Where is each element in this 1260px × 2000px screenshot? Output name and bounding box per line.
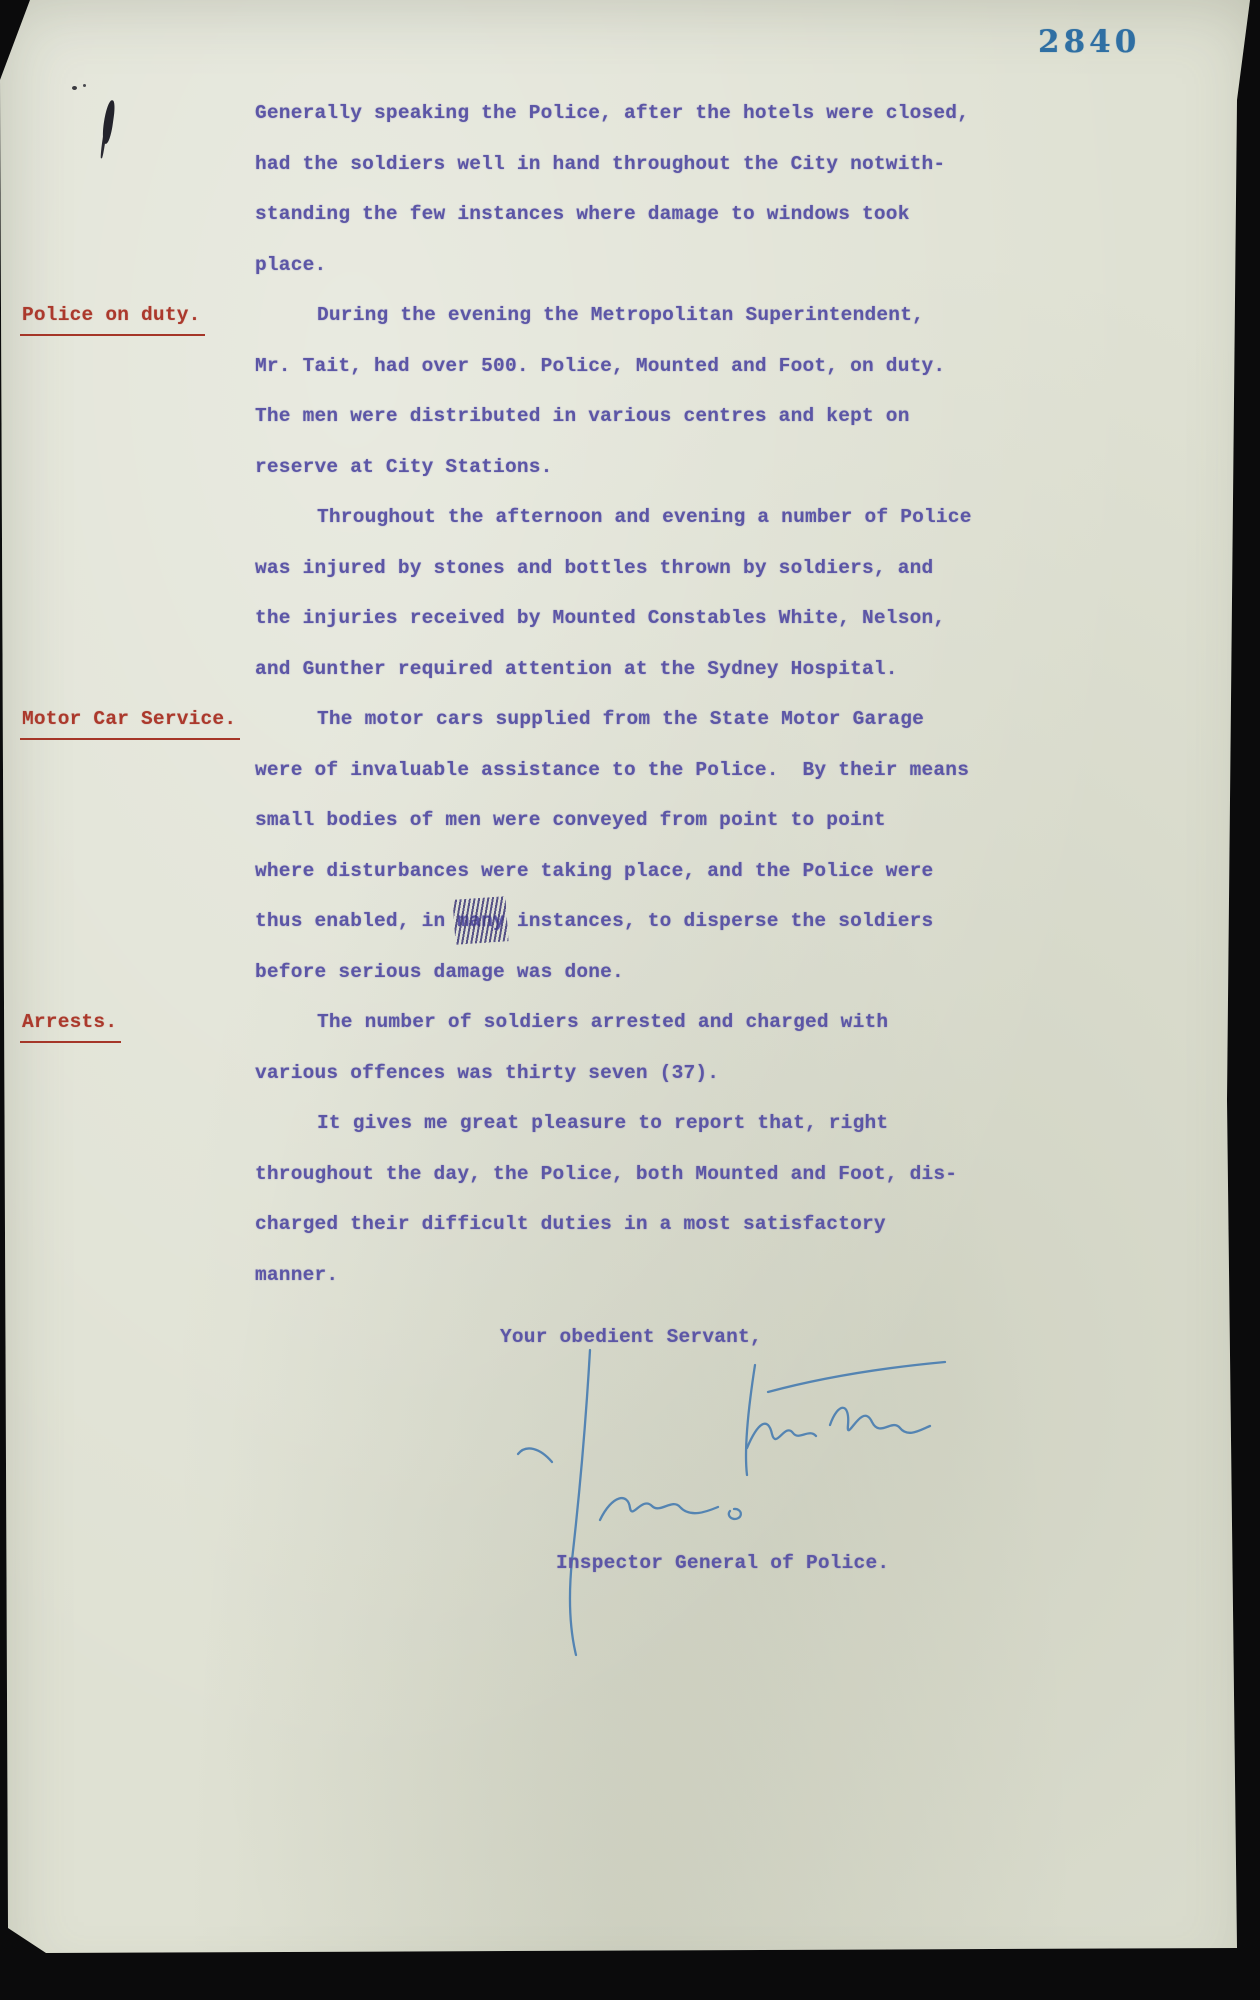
page-number-stamp: 2840 <box>1038 24 1140 60</box>
margin-heading-label: Arrests. <box>22 997 117 1048</box>
typed-line: throughout the day, the Police, both Mou… <box>255 1149 995 1200</box>
typed-line: the injuries received by Mounted Constab… <box>255 593 995 644</box>
margin-heading-arrests: Arrests. <box>22 997 117 1048</box>
typed-line: reserve at City Stations. <box>255 442 995 493</box>
scanned-document-page: 2840 Police on duty. Motor Car Service. … <box>0 0 1260 2000</box>
typed-line: was injured by stones and bottles thrown… <box>255 543 995 594</box>
typed-line: and Gunther required attention at the Sy… <box>255 644 995 695</box>
typed-line: thus enabled, in many instances, to disp… <box>255 896 995 947</box>
typed-line: Throughout the afternoon and evening a n… <box>255 492 995 543</box>
signature-james-mitchell <box>400 1330 980 1660</box>
typed-line: The men were distributed in various cent… <box>255 391 995 442</box>
signer-title: Inspector General of Police. <box>556 1538 889 1588</box>
typed-line: place. <box>255 240 995 291</box>
typed-line: The motor cars supplied from the State M… <box>255 694 995 745</box>
typed-line: were of invaluable assistance to the Pol… <box>255 745 995 796</box>
typed-line: Mr. Tait, had over 500. Police, Mounted … <box>255 341 995 392</box>
typed-line: various offences was thirty seven (37). <box>255 1048 995 1099</box>
typed-line: During the evening the Metropolitan Supe… <box>255 290 995 341</box>
typed-line: Generally speaking the Police, after the… <box>255 88 995 139</box>
typed-line: had the soldiers well in hand throughout… <box>255 139 995 190</box>
typed-line: manner. <box>255 1250 995 1301</box>
typed-line: It gives me great pleasure to report tha… <box>255 1098 995 1149</box>
typed-line: charged their difficult duties in a most… <box>255 1199 995 1250</box>
typed-line: standing the few instances where damage … <box>255 189 995 240</box>
margin-heading-police-on-duty: Police on duty. <box>22 290 201 341</box>
typed-line: where disturbances were taking place, an… <box>255 846 995 897</box>
ink-speck <box>83 84 86 87</box>
typed-line: before serious damage was done. <box>255 947 995 998</box>
typed-body: Generally speaking the Police, after the… <box>255 88 995 1300</box>
margin-heading-label: Motor Car Service. <box>22 694 236 745</box>
ink-speck <box>72 86 77 90</box>
overtyped-word: many <box>457 896 505 947</box>
margin-heading-motor-car-service: Motor Car Service. <box>22 694 236 745</box>
typed-line: The number of soldiers arrested and char… <box>255 997 995 1048</box>
typed-line: small bodies of men were conveyed from p… <box>255 795 995 846</box>
margin-heading-label: Police on duty. <box>22 290 201 341</box>
